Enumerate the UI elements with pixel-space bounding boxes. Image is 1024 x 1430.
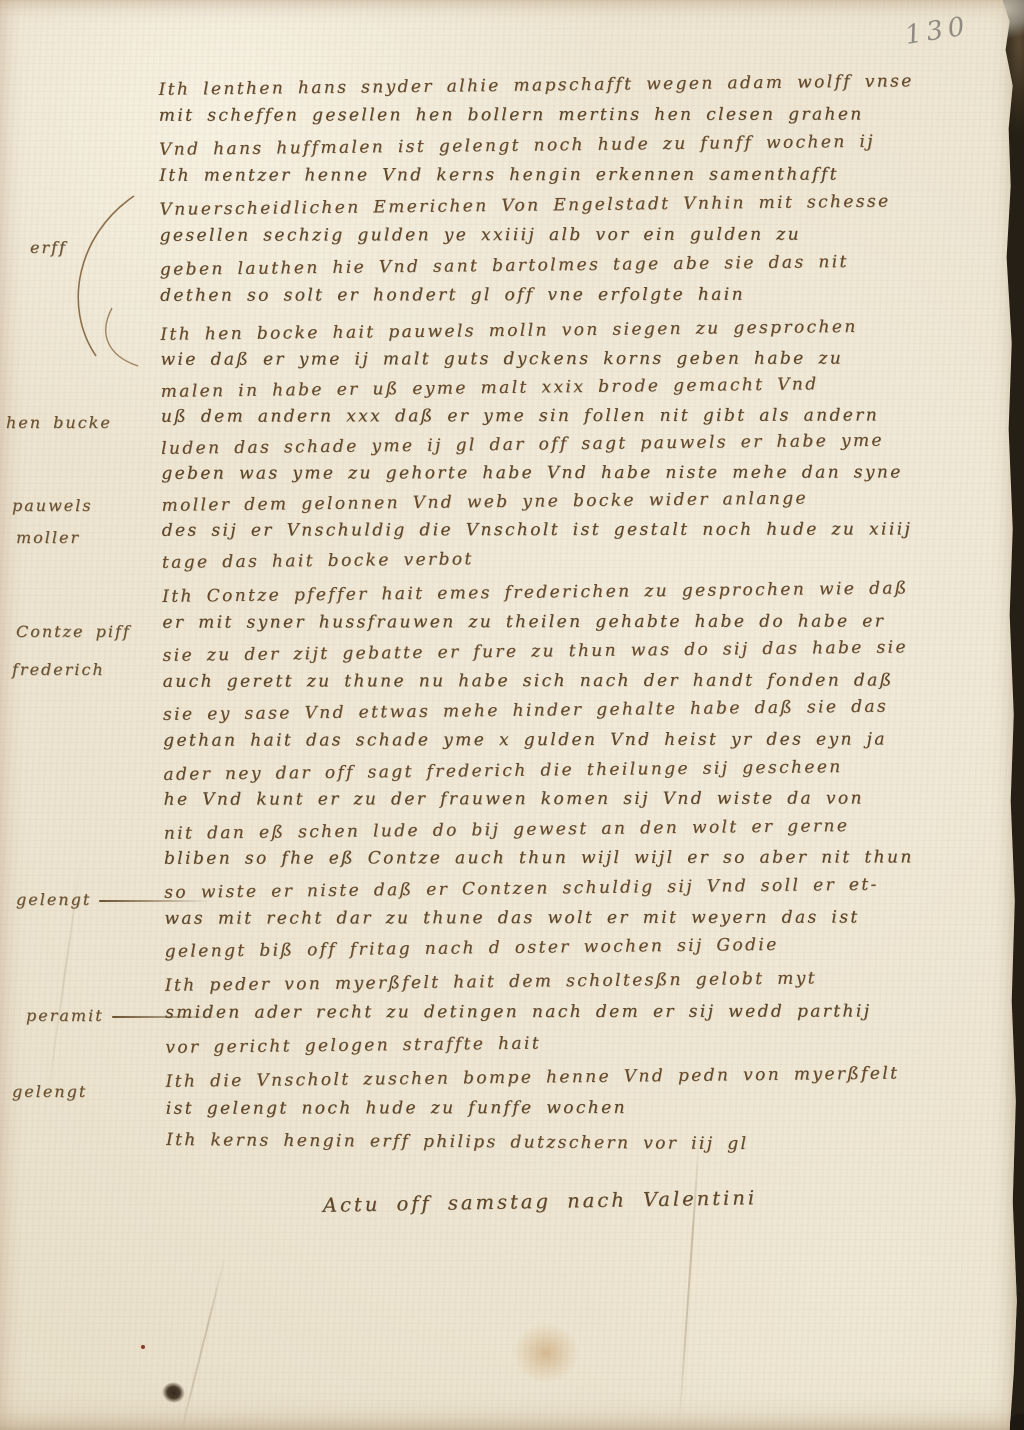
entry-paragraph: Ith Contze pfeffer hait emes frederichen… [162, 575, 1017, 966]
page-number: 130 [903, 11, 972, 51]
margin-note: moller [16, 528, 80, 547]
margin-bracket-flourish [52, 188, 172, 378]
paper-crease [678, 1140, 700, 1429]
margin-note: frederich [12, 660, 105, 679]
main-text-column: Ith lenthen hans snyder alhie mapschafft… [158, 0, 1010, 3]
entry-paragraph: Ith die Vnscholt zuschen bompe henne Vnd… [165, 1059, 1017, 1127]
margin-note: gelengt [12, 1082, 87, 1101]
margin-note: pauwels [12, 496, 93, 515]
entry-paragraph: Ith hen bocke hait pauwels molln von sie… [160, 313, 1014, 575]
ink-blot-spot [159, 1379, 187, 1406]
entry-paragraph: Ith kerns hengin erff philips dutzschern… [166, 1125, 1018, 1162]
manuscript-photo: 130 erff hen bucke pauwels moller Contze… [0, 0, 1024, 1430]
margin-note: erff [30, 238, 67, 257]
paper-stain [513, 1323, 579, 1383]
entry-paragraph: Ith peder von myerßfelt hait dem scholte… [165, 963, 1018, 1062]
text-line: Ith kerns hengin erff philips dutzschern… [166, 1125, 1018, 1162]
paper-crease [180, 1255, 227, 1430]
text-line: so wiste er niste daß er Contzen schuldi… [164, 869, 1016, 908]
red-speck [141, 1345, 145, 1349]
torn-corner-shadow [1010, 1414, 1024, 1430]
margin-note: hen bucke [6, 413, 112, 432]
dateline: Actu off samstag nach Valentini [300, 1186, 780, 1217]
text-line: dethen so solt er hondert gl off vne erf… [160, 279, 1012, 310]
margin-note: Contze piff [16, 622, 131, 641]
paper-sheet: 130 erff hen bucke pauwels moller Contze… [0, 0, 1024, 1430]
entry-paragraph: Ith lenthen hans snyder alhie mapschafft… [158, 67, 1012, 313]
text-line: ist gelengt noch hude zu funffe wochen [166, 1092, 1018, 1124]
